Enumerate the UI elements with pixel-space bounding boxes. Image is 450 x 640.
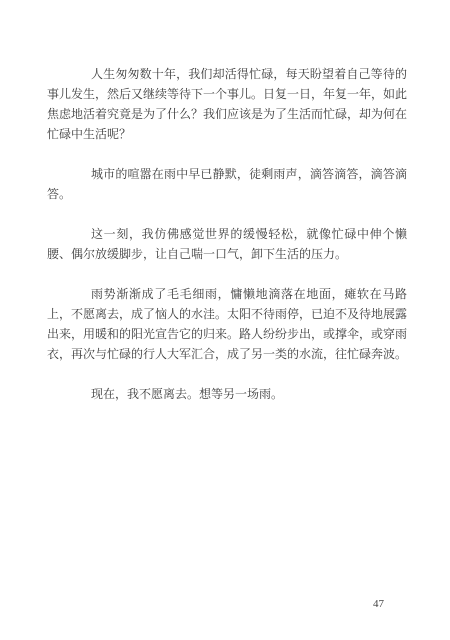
paragraph: 雨势渐渐成了毛毛细雨，慵懒地滴落在地面，瘫软在马路上，不愿离去，成了恼人的水洼。…: [47, 284, 407, 364]
document-page: 人生匆匆数十年，我们却活得忙碌，每天盼望着自己等待的事儿发生，然后又继续等待下一…: [47, 64, 407, 424]
paragraph: 城市的喧嚣在雨中早已静默，徒剩雨声，滴答滴答，滴答滴答。: [47, 164, 407, 204]
paragraph: 这一刻，我仿佛感觉世界的缓慢轻松，就像忙碌中伸个懒腰、偶尔放缓脚步，让自己喘一口…: [47, 224, 407, 264]
paragraph: 现在，我不愿离去。想等另一场雨。: [47, 384, 407, 404]
paragraph: 人生匆匆数十年，我们却活得忙碌，每天盼望着自己等待的事儿发生，然后又继续等待下一…: [47, 64, 407, 144]
page-number: 47: [373, 597, 384, 611]
